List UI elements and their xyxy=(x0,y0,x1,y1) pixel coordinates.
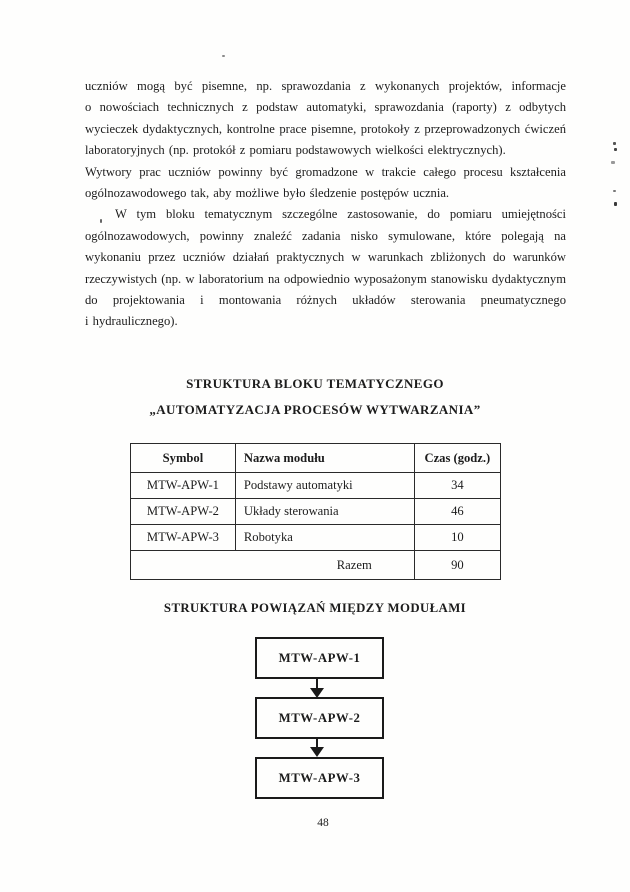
table-row: MTW-APW-1 Podstawy automatyki 34 xyxy=(131,473,501,499)
column-header-hours: Czas (godz.) xyxy=(414,444,500,473)
cell-hours: 46 xyxy=(414,499,500,525)
paragraph-3-line: rzeczywistych (np. w laboratorium na odp… xyxy=(85,269,566,290)
diagram-node-mtw-apw-2: MTW-APW-2 xyxy=(255,697,384,739)
document-page: uczniów mogą być pisemne, np. sprawozdan… xyxy=(0,0,630,892)
page-number: 48 xyxy=(0,817,630,829)
cell-symbol: MTW-APW-2 xyxy=(131,499,236,525)
table-header-row: Symbol Nazwa modułu Czas (godz.) xyxy=(131,444,501,473)
total-hours: 90 xyxy=(414,551,500,580)
paragraph-1-line: uczniów mogą być pisemne, np. sprawozdan… xyxy=(85,76,566,97)
cell-module-name: Układy sterowania xyxy=(235,499,414,525)
paragraph-3-line: wykonaniu przez uczniów działań praktycz… xyxy=(85,247,566,268)
table-total-row: Razem 90 xyxy=(131,551,501,580)
column-header-symbol: Symbol xyxy=(131,444,236,473)
paragraph-1-line: laboratoryjnych (np. protokół z pomiaru … xyxy=(85,140,566,161)
paragraph-3-line: i hydraulicznego). xyxy=(85,311,566,332)
table-row: MTW-APW-2 Układy sterowania 46 xyxy=(131,499,501,525)
down-arrow-icon xyxy=(310,747,324,757)
diagram-node-label: MTW-APW-1 xyxy=(279,651,361,666)
paragraph-1-line: o nowościach technicznych z podstaw auto… xyxy=(85,97,566,118)
scan-speck xyxy=(613,190,616,192)
cell-module-name: Podstawy automatyki xyxy=(235,473,414,499)
cell-symbol: MTW-APW-3 xyxy=(131,525,236,551)
section-title-line-1: STRUKTURA BLOKU TEMATYCZNEGO xyxy=(0,371,630,397)
scan-speck xyxy=(613,142,616,145)
scan-speck xyxy=(611,161,615,164)
diagram-node-mtw-apw-1: MTW-APW-1 xyxy=(255,637,384,679)
scan-speck xyxy=(614,148,617,151)
total-label: Razem xyxy=(131,551,415,580)
cell-module-name: Robotyka xyxy=(235,525,414,551)
paragraph-3-line: W tym bloku tematycznym szczególne zasto… xyxy=(85,204,566,225)
scan-speck xyxy=(100,219,102,223)
section-title-module-links: STRUKTURA POWIĄZAŃ MIĘDZY MODUŁAMI xyxy=(0,595,630,621)
section-title-block-structure: STRUKTURA BLOKU TEMATYCZNEGO „AUTOMATYZA… xyxy=(0,371,630,423)
table-row: MTW-APW-3 Robotyka 10 xyxy=(131,525,501,551)
paragraph-2-line: Wytwory prac uczniów powinny być gromadz… xyxy=(85,162,566,183)
cell-symbol: MTW-APW-1 xyxy=(131,473,236,499)
paragraph-3-line: ogólnozawodowych, powinny znaleźć zadani… xyxy=(85,226,566,247)
paragraph-3-line: do projektowania i montowania różnych uk… xyxy=(85,290,566,311)
scan-speck xyxy=(222,55,225,57)
diagram-node-label: MTW-APW-3 xyxy=(279,771,361,786)
cell-hours: 10 xyxy=(414,525,500,551)
paragraph-1-line: wycieczek dydaktycznych, kontrolne prace… xyxy=(85,119,566,140)
scan-speck xyxy=(614,202,617,206)
column-header-module-name: Nazwa modułu xyxy=(235,444,414,473)
body-text: uczniów mogą być pisemne, np. sprawozdan… xyxy=(85,76,566,333)
module-hours-table: Symbol Nazwa modułu Czas (godz.) MTW-APW… xyxy=(130,443,501,580)
cell-hours: 34 xyxy=(414,473,500,499)
section-title-line: STRUKTURA POWIĄZAŃ MIĘDZY MODUŁAMI xyxy=(0,595,630,621)
diagram-node-mtw-apw-3: MTW-APW-3 xyxy=(255,757,384,799)
section-title-line-2: „AUTOMATYZACJA PROCESÓW WYTWARZANIA” xyxy=(0,397,630,423)
diagram-node-label: MTW-APW-2 xyxy=(279,711,361,726)
paragraph-2-line: ogólnozawodowego tak, aby możliwe było ś… xyxy=(85,183,566,204)
